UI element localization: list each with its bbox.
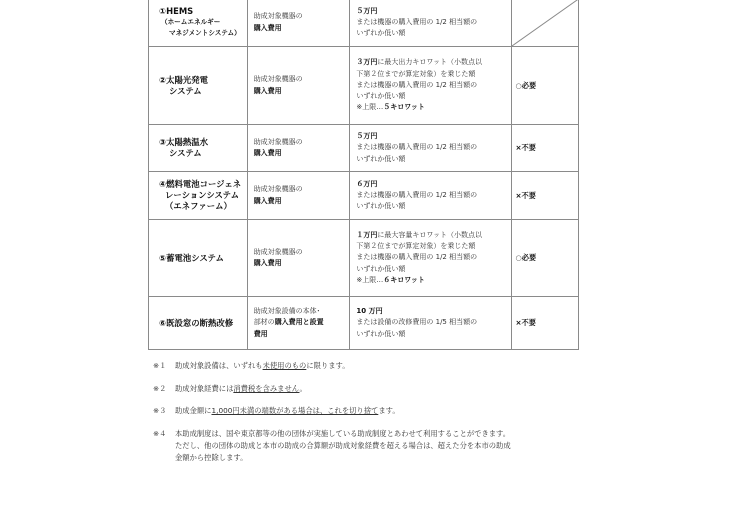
amount-text: いずれか低い額 [356,330,405,338]
equipment-title: レーションシステム [159,190,239,200]
amount-cap-label: ※上限… [356,276,383,284]
subsidy-amount: １万円に最大容量キロワット（小数点以 下第２位までが算定対象）を乗じた額 または… [350,220,511,297]
subsidy-target: 助成対象設備の本体･ 部材の購入費用と設置 費用 [247,297,350,350]
equipment-title: ④燃料電池コージェネ [159,179,241,189]
target-text-bold: 購入費用 [254,24,282,32]
requirement-text: 必要 [522,81,536,90]
amount-text: 下第２位までが算定対象）を乗じた額 [356,242,475,250]
equipment-title: システム [159,86,247,97]
footnote-text: 本助成制度は、国や東京都等の他の団体が実施している助成制度とあわせて利用すること… [175,428,593,464]
requirement-text: 必要 [522,253,536,262]
amount-value: ３万円 [356,58,377,66]
amount-text: いずれか低い額 [356,155,405,163]
amount-text: または機器の購入費用の 1/2 相当額の [356,253,477,261]
amount-cap-label: ※上限… [356,103,383,111]
footnote-text-part: 助成金額に [175,406,211,415]
subsidy-target: 助成対象機器の 購入費用 [247,47,350,125]
footnote-text: 助成金額に1,000円未満の端数がある場合は、これを切り捨てます。 [175,405,593,417]
requirement-cell: ○必要 [511,47,579,125]
equipment-title: ⑤蓄電池システム [159,253,224,263]
subsidy-target: 助成対象機器の 購入費用 [247,0,350,47]
target-text-bold: 費用 [254,330,268,338]
amount-text: いずれか低い額 [356,265,405,273]
amount-text: いずれか低い額 [356,29,405,37]
requirement-cell: ×不要 [511,125,579,172]
target-text: 部材の [254,318,275,326]
target-text-bold: 購入費用と設置 [275,318,324,326]
amount-value: １万円 [356,231,377,239]
equipment-name: ④燃料電池コージェネ レーションシステム （エネファーム） [149,172,248,220]
footnote-text-part: に限ります。 [306,361,349,370]
footnote-marker: ※１ [153,360,175,372]
amount-value: 10 万円 [356,307,382,315]
subsidy-target: 助成対象機器の 購入費用 [247,125,350,172]
target-text: 助成対象機器の [254,248,303,256]
amount-value: ５万円 [356,7,377,15]
footnote-underlined: 1,000円未満の端数がある場合は、これを切り捨て [211,406,378,415]
target-text-bold: 購入費用 [254,149,282,157]
equipment-name: ⑤蓄電池システム [149,220,248,297]
footnote-line: 本助成制度は、国や東京都等の他の団体が実施している助成制度とあわせて利用すること… [175,429,510,438]
equipment-title: （エネファーム） [159,201,232,211]
footnote-3: ※３ 助成金額に1,000円未満の端数がある場合は、これを切り捨てます。 [153,405,593,417]
table-row-fuel-cell: ④燃料電池コージェネ レーションシステム （エネファーム） 助成対象機器の 購入… [149,172,579,220]
footnote-text-part: 助成対象経費には [175,384,233,393]
footnote-text: 助成対象設備は、いずれも未使用のものに限ります。 [175,360,593,372]
equipment-title: ①HEMS [159,6,193,16]
footnote-text-part: 助成対象設備は、いずれも [175,361,263,370]
equipment-title: ⑥既設窓の断熱改修 [159,318,233,328]
amount-text: いずれか低い額 [356,92,405,100]
amount-text: または機器の購入費用の 1/2 相当額の [356,18,477,26]
amount-text: いずれか低い額 [356,202,405,210]
subsidy-amount: ５万円 または機器の購入費用の 1/2 相当額の いずれか低い額 [350,125,511,172]
subsidy-target: 助成対象機器の 購入費用 [247,220,350,297]
requirement-cell: ×不要 [511,297,579,350]
target-text: 助成対象機器の [254,185,303,193]
equipment-title: ③太陽熱温水 [159,137,208,147]
footnote-text: 助成対象経費には消費税を含みません。 [175,383,593,395]
target-text: 助成対象機器の [254,138,303,146]
table-row-battery: ⑤蓄電池システム 助成対象機器の 購入費用 １万円に最大容量キロワット（小数点以… [149,220,579,297]
footnote-underlined: 消費税を含みません [233,384,299,393]
table-row-hems: ①HEMS （ホームエネルギー マネジメントシステム） 助成対象機器の 購入費用… [149,0,579,47]
amount-text: または設備の改修費用の 1/5 相当額の [356,318,477,326]
subsidy-amount: ３万円に最大出力キロワット（小数点以 下第２位までが算定対象）を乗じた額 または… [350,47,511,125]
footnote-line: 金額から控除します。 [175,453,247,462]
subsidy-amount: ５万円 または機器の購入費用の 1/2 相当額の いずれか低い額 [350,0,511,47]
footnote-4: ※４ 本助成制度は、国や東京都等の他の団体が実施している助成制度とあわせて利用す… [153,428,593,464]
subsidy-table: ①HEMS （ホームエネルギー マネジメントシステム） 助成対象機器の 購入費用… [148,0,579,350]
equipment-name: ③太陽熱温水 システム [149,125,248,172]
footnote-marker: ※３ [153,405,175,417]
table-row-solar-pv: ②太陽光発電 システム 助成対象機器の 購入費用 ３万円に最大出力キロワット（小… [149,47,579,125]
requirement-not-applicable [511,0,579,47]
footnote-line: ただし、他の団体の助成と本市の助成の合算額が助成対象経費を超える場合は、超えた分… [175,441,511,450]
equipment-name: ②太陽光発電 システム [149,47,248,125]
target-text: 助成対象機器の [254,75,303,83]
target-text-bold: 購入費用 [254,197,282,205]
amount-cap-value: ５キロワット [383,103,425,111]
amount-value: ５万円 [356,132,377,140]
requirement-text: 不要 [522,318,536,327]
footnote-marker: ※４ [153,428,175,464]
footnote-text-part: ます。 [378,406,399,415]
equipment-title: システム [159,148,247,159]
table-row-solar-thermal: ③太陽熱温水 システム 助成対象機器の 購入費用 ５万円 または機器の購入費用の… [149,125,579,172]
equipment-subtitle: マネジメントシステム） [159,28,247,39]
amount-text: に最大出力キロワット（小数点以 [377,58,482,66]
subsidy-target: 助成対象機器の 購入費用 [247,172,350,220]
subsidy-amount: ６万円 または機器の購入費用の 1/2 相当額の いずれか低い額 [350,172,511,220]
subsidy-amount: 10 万円 または設備の改修費用の 1/5 相当額の いずれか低い額 [350,297,511,350]
amount-cap-value: ６キロワット [383,276,425,284]
equipment-subtitle: （ホームエネルギー [159,17,247,28]
footnote-marker: ※２ [153,383,175,395]
target-text-bold: 購入費用 [254,259,282,267]
footnote-1: ※１ 助成対象設備は、いずれも未使用のものに限ります。 [153,360,593,372]
table-row-window-insulation: ⑥既設窓の断熱改修 助成対象設備の本体･ 部材の購入費用と設置 費用 10 万円… [149,297,579,350]
requirement-text: 不要 [522,191,536,200]
amount-text: または機器の購入費用の 1/2 相当額の [356,191,477,199]
amount-value: ６万円 [356,180,377,188]
requirement-text: 不要 [522,143,536,152]
footnotes: ※１ 助成対象設備は、いずれも未使用のものに限ります。 ※２ 助成対象経費には消… [153,360,593,474]
amount-text: に最大容量キロワット（小数点以 [377,231,482,239]
diagonal-slash-icon [512,0,579,46]
amount-text: または機器の購入費用の 1/2 相当額の [356,143,477,151]
equipment-title: ②太陽光発電 [159,75,208,85]
target-text: 助成対象設備の本体･ [254,307,321,315]
footnote-underlined: 未使用のもの [263,361,307,370]
target-text: 助成対象機器の [254,12,303,20]
requirement-cell: ×不要 [511,172,579,220]
amount-text: 下第２位までが算定対象）を乗じた額 [356,70,475,78]
equipment-name: ①HEMS （ホームエネルギー マネジメントシステム） [149,0,248,47]
requirement-cell: ○必要 [511,220,579,297]
amount-text: または機器の購入費用の 1/2 相当額の [356,81,477,89]
target-text-bold: 購入費用 [254,87,282,95]
footnote-text-part: 。 [299,384,306,393]
equipment-name: ⑥既設窓の断熱改修 [149,297,248,350]
footnote-2: ※２ 助成対象経費には消費税を含みません。 [153,383,593,395]
